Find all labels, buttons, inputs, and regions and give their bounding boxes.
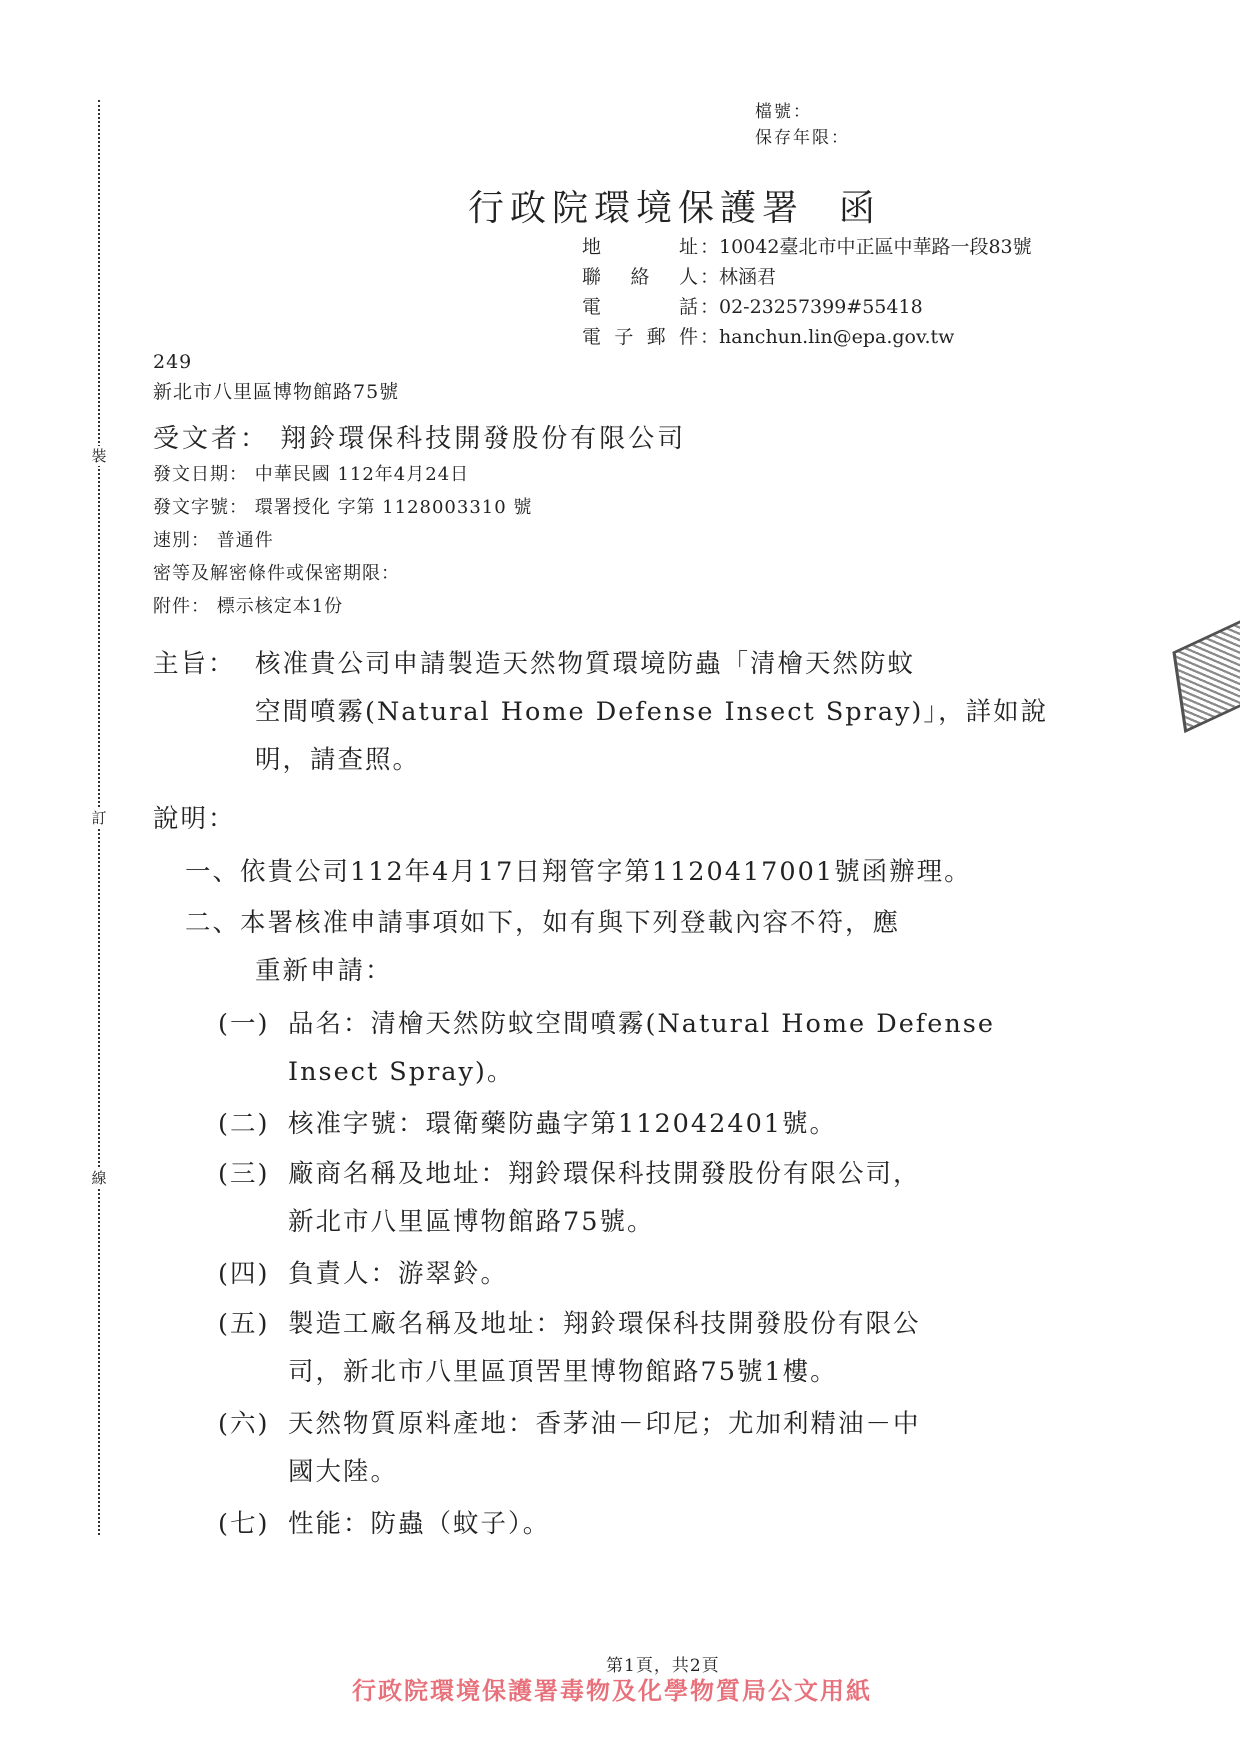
recipient-address: 新北市八里區博物館路75號 bbox=[153, 376, 399, 409]
subject-label: 主旨： bbox=[153, 640, 236, 688]
recipient: 受文者： 翔鈴環保科技開發股份有限公司 bbox=[153, 418, 686, 455]
subject-line-3: 明，請查照。 bbox=[255, 736, 420, 784]
explanation-item-2-line-1: 二、本署核准申請事項如下，如有與下列登載內容不符，應 bbox=[185, 899, 900, 947]
binding-mark-xian: 線 bbox=[88, 1168, 110, 1188]
sub-item-marker: (四) bbox=[218, 1250, 269, 1298]
recipient-postal-code: 249 bbox=[153, 346, 192, 379]
phone-label: 電 話 bbox=[582, 292, 700, 322]
contact-label: 聯 絡 人 bbox=[582, 262, 700, 292]
sub-item-origin-line-1: 天然物質原料產地：香茅油－印尼；尤加利精油－中 bbox=[288, 1400, 921, 1448]
binding-mark-ding: 訂 bbox=[88, 808, 110, 828]
sub-item-marker: (五) bbox=[218, 1300, 269, 1348]
explanation-label: 說明： bbox=[153, 795, 236, 843]
sub-item-factory-line-2: 司，新北市八里區頂罟里博物館路75號1樓。 bbox=[288, 1348, 838, 1396]
sub-item-function: 性能：防蟲（蚊子）。 bbox=[288, 1500, 550, 1548]
sender-info: 地 址：10042臺北市中正區中華路一段83號 聯 絡 人：林涵君 電 話：02… bbox=[582, 232, 1032, 352]
document-title: 行政院環境保護署 函 bbox=[468, 180, 881, 231]
sub-item-marker: (二) bbox=[218, 1100, 269, 1148]
official-paper-name: 行政院環境保護署毒物及化學物質局公文用紙 bbox=[352, 1671, 872, 1706]
sub-item-product-name-line-2: Insect Spray)。 bbox=[288, 1048, 514, 1096]
document-number: 發文字號： 環署授化 字第 1128003310 號 bbox=[153, 491, 532, 524]
delivery-speed: 速別： 普通件 bbox=[153, 524, 274, 557]
sub-item-marker: (六) bbox=[218, 1400, 269, 1448]
explanation-item-2-line-2: 重新申請： bbox=[255, 947, 393, 995]
sub-item-factory-line-1: 製造工廠名稱及地址：翔鈴環保科技開發股份有限公 bbox=[288, 1300, 921, 1348]
contact-value: ：林涵君 bbox=[700, 266, 776, 288]
address-value: ：10042臺北市中正區中華路一段83號 bbox=[700, 236, 1032, 258]
issue-date: 發文日期： 中華民國 112年4月24日 bbox=[153, 458, 469, 491]
retention-period-label: 保存年限： bbox=[755, 124, 850, 152]
address-label: 地 址 bbox=[582, 232, 700, 262]
sender-contact-row: 聯 絡 人：林涵君 bbox=[582, 262, 1032, 292]
subject-line-2: 空間噴霧(Natural Home Defense Insect Spray)」… bbox=[255, 688, 1048, 736]
email-value: ：hanchun.lin@epa.gov.tw bbox=[700, 326, 954, 348]
sub-item-origin-line-2: 國大陸。 bbox=[288, 1448, 398, 1496]
classification: 密等及解密條件或保密期限： bbox=[153, 557, 400, 590]
sub-item-responsible-person: 負責人：游翠鈴。 bbox=[288, 1250, 508, 1298]
email-label: 電子郵件 bbox=[582, 322, 700, 352]
sender-phone-row: 電 話：02-23257399#55418 bbox=[582, 292, 1032, 322]
sender-address-row: 地 址：10042臺北市中正區中華路一段83號 bbox=[582, 232, 1032, 262]
attachment: 附件： 標示核定本1份 bbox=[153, 590, 343, 623]
sub-item-vendor-line-1: 廠商名稱及地址：翔鈴環保科技開發股份有限公司， bbox=[288, 1150, 921, 1198]
sub-item-marker: (七) bbox=[218, 1500, 269, 1548]
sub-item-product-name-line-1: 品名：清檜天然防蚊空間噴霧(Natural Home Defense bbox=[288, 1000, 995, 1048]
subject-line-1: 核准貴公司申請製造天然物質環境防蟲「清檜天然防蚊 bbox=[255, 640, 915, 688]
sender-email-row: 電子郵件：hanchun.lin@epa.gov.tw bbox=[582, 322, 1032, 352]
binding-mark-zhuang: 裝 bbox=[88, 446, 110, 466]
sub-item-marker: (三) bbox=[218, 1150, 269, 1198]
explanation-item-1: 一、依貴公司112年4月17日翔管字第1120417001號函辦理。 bbox=[185, 848, 972, 896]
seal-stamp bbox=[1172, 617, 1240, 733]
sub-item-marker: (一) bbox=[218, 1000, 269, 1048]
sub-item-approval-number: 核准字號：環衛藥防蟲字第112042401號。 bbox=[288, 1100, 837, 1148]
phone-value: ：02-23257399#55418 bbox=[700, 296, 923, 318]
file-number-label: 檔號： bbox=[755, 98, 812, 126]
sub-item-vendor-line-2: 新北市八里區博物館路75號。 bbox=[288, 1198, 654, 1246]
